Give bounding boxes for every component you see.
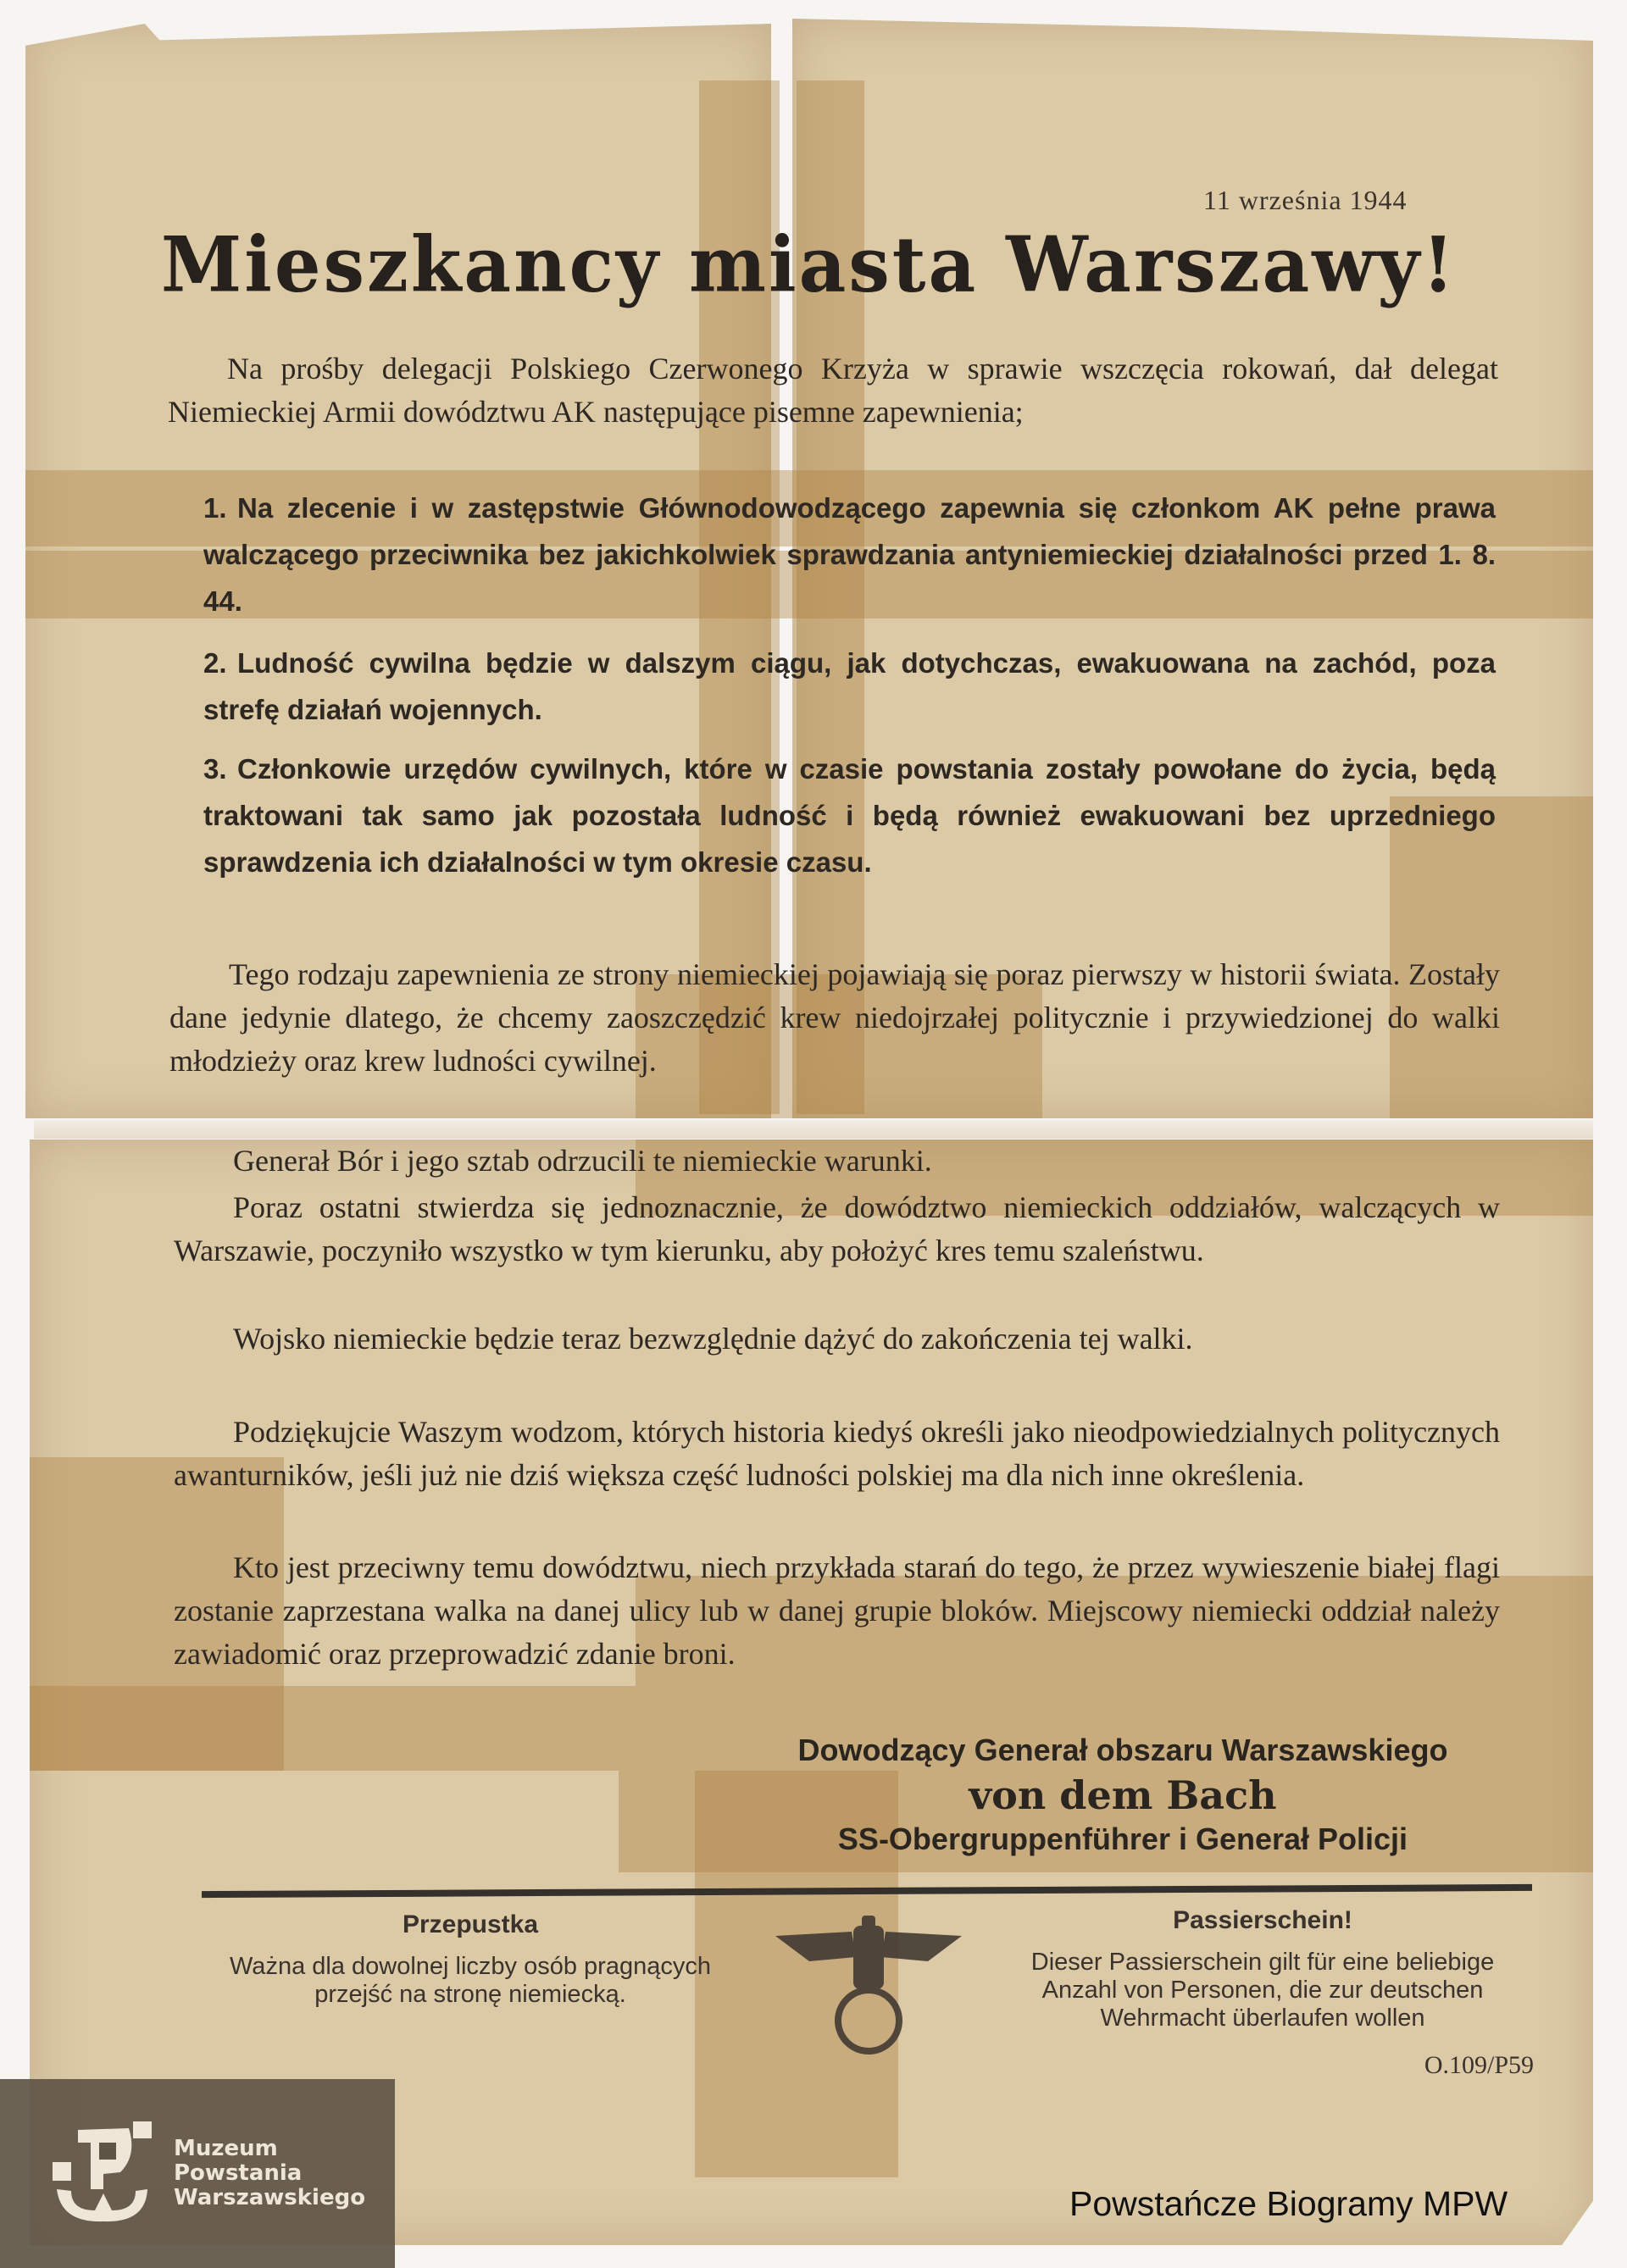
signature-rank: SS-Obergruppenführer i Generał Policji <box>703 1822 1542 1857</box>
point-2: 2.Ludność cywilna będzie w dalszym ciągu… <box>203 640 1496 733</box>
pass-polish-body: Ważna dla dowolnej liczby osób pragnącyc… <box>195 1953 746 2009</box>
point-number: 1. <box>203 485 237 531</box>
museum-logo: Muzeum Powstania Warszawskiego <box>0 2079 395 2268</box>
pass-code: O.109/P59 <box>991 2051 1534 2080</box>
point-3: 3.Członkowie urzędów cywilnych, które w … <box>203 746 1496 885</box>
paragraph-german-army: Wojsko niemieckie będzie teraz bezwzględ… <box>174 1317 1500 1361</box>
point-text: Członkowie urzędów cywilnych, które w cz… <box>203 753 1496 878</box>
pass-german-title: Passierschein! <box>991 1906 1534 1935</box>
point-number: 3. <box>203 746 237 792</box>
museum-name-line: Warszawskiego <box>174 2186 365 2210</box>
museum-name-line: Powstania <box>174 2161 365 2186</box>
paragraph-white-flag: Kto jest przeciwny temu dowództwu, niech… <box>174 1546 1500 1676</box>
pass-polish-title: Przepustka <box>195 1910 746 1939</box>
paragraph-assurances: Tego rodzaju zapewnienia ze strony niemi… <box>169 953 1500 1083</box>
signature-name: von dem Bach <box>703 1772 1542 1818</box>
point-text: Na zlecenie i w zastępstwie Głównodowodz… <box>203 492 1496 617</box>
source-caption: Powstańcze Biogramy MPW <box>1069 2184 1508 2224</box>
point-number: 2. <box>203 640 237 686</box>
document-date: 11 września 1944 <box>1203 185 1408 216</box>
pass-german: Passierschein! Dieser Passierschein gilt… <box>991 1906 1534 2080</box>
document-title: Mieszkancy miasta Warszawy! <box>161 219 1517 309</box>
museum-name-line: Muzeum <box>174 2137 365 2161</box>
horizontal-tear <box>34 1120 1593 1139</box>
paragraph-bor-rejected: Generał Bór i jego sztab odrzucili te ni… <box>174 1140 1500 1183</box>
anchor-symbol-icon <box>53 2121 154 2227</box>
pass-german-body: Dieser Passierschein gilt für eine belie… <box>991 1949 1534 2032</box>
pass-polish: Przepustka Ważna dla dowolnej liczby osó… <box>195 1910 746 2009</box>
paragraph-last-statement: Poraz ostatni stwierdza się jednoznaczni… <box>174 1186 1500 1273</box>
signature-title: Dowodzący Generał obszaru Warszawskiego <box>703 1733 1542 1768</box>
museum-name: Muzeum Powstania Warszawskiego <box>174 2137 365 2210</box>
paragraph-thank-leaders: Podziękujcie Waszym wodzom, których hist… <box>174 1411 1500 1497</box>
point-text: Ludność cywilna będzie w dalszym ciągu, … <box>203 647 1496 725</box>
eagle-emblem-icon <box>758 1910 979 2059</box>
point-1: 1.Na zlecenie i w zastępstwie Głównodowo… <box>203 485 1496 624</box>
intro-paragraph: Na prośby delegacji Polskiego Czerwonego… <box>168 347 1498 434</box>
